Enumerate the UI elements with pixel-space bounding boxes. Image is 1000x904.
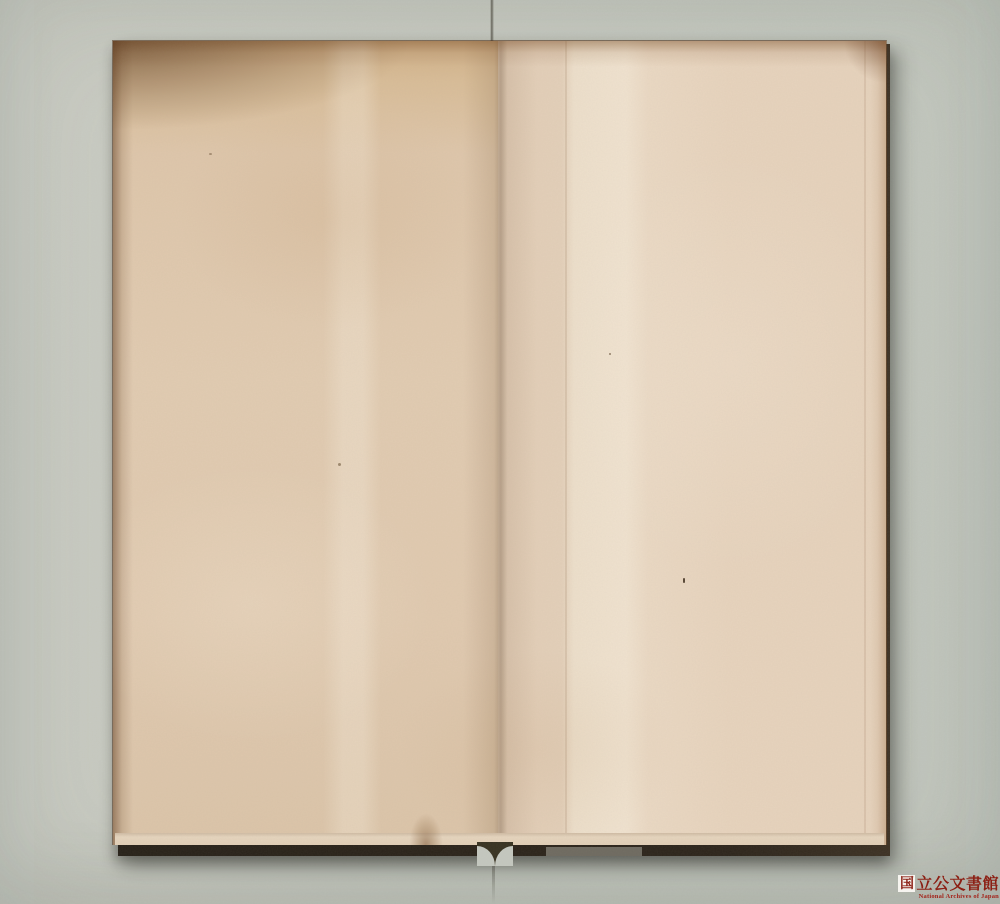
foxing-speck bbox=[338, 463, 341, 466]
archive-logo-icon: 国 bbox=[898, 875, 915, 892]
cover-edge-highlight bbox=[546, 847, 642, 856]
paper-mottling bbox=[113, 41, 886, 845]
book bbox=[112, 40, 888, 844]
backing-fold-seam-top bbox=[490, 0, 494, 42]
archive-watermark: 国 立公文書館 National Archives of Japan bbox=[898, 875, 999, 900]
archive-name: 立公文書館 bbox=[916, 876, 999, 892]
backing-fold-seam-bottom bbox=[492, 864, 495, 904]
foxing-speck bbox=[683, 578, 685, 583]
foxing-speck bbox=[609, 353, 611, 355]
archive-name-english: National Archives of Japan bbox=[898, 893, 999, 900]
bottom-stain bbox=[409, 813, 443, 845]
scan-background: 国 立公文書館 National Archives of Japan bbox=[0, 0, 1000, 904]
foxing-speck bbox=[209, 153, 212, 155]
page-spread bbox=[112, 40, 887, 845]
